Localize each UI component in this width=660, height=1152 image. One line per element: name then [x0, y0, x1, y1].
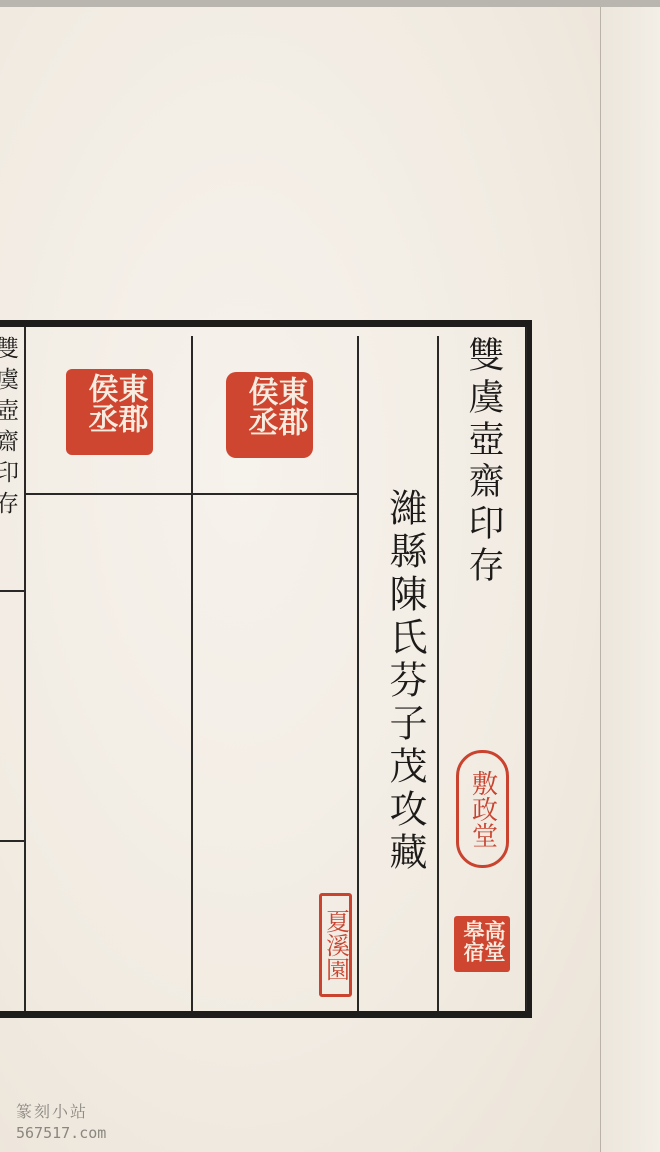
seal-1-text: 東郡侯丞 — [75, 373, 145, 451]
next-page-edge — [600, 7, 660, 1152]
collector-inscription: 濰縣陳氏芬子茂攻藏 — [378, 488, 433, 958]
seal-2-text: 東郡侯丞 — [235, 376, 305, 454]
column-rule-1 — [24, 327, 26, 1011]
partial-title-left-edge: 雙虞壺齋印存 — [0, 336, 22, 596]
column-rule-4 — [437, 336, 439, 1011]
seal-rectangle-text: 夏溪園 — [324, 909, 348, 981]
seal-impression-rectangle: 夏溪園 — [319, 893, 352, 997]
seal-impression-small-square: 高堂皋宿 — [454, 916, 510, 972]
seal-oval-text: 敷政堂 — [470, 770, 496, 848]
left-edge-rule-2 — [0, 840, 25, 842]
scan-top-band — [0, 0, 660, 7]
inner-frame-line — [526, 327, 527, 1011]
watermark-url: 567517.com — [16, 1124, 106, 1142]
horizontal-rule-seal-row — [25, 493, 358, 495]
column-rule-3 — [357, 336, 359, 1011]
seal-impression-1: 東郡侯丞 — [66, 369, 153, 455]
seal-impression-2: 東郡侯丞 — [226, 372, 313, 458]
seal-small-square-text: 高堂皋宿 — [459, 920, 505, 968]
seal-impression-oval: 敷政堂 — [456, 750, 509, 868]
book-title: 雙虞壺齋印存 — [458, 336, 509, 676]
watermark-site-name: 篆刻小站 — [16, 1099, 88, 1122]
column-rule-2 — [191, 336, 193, 1011]
